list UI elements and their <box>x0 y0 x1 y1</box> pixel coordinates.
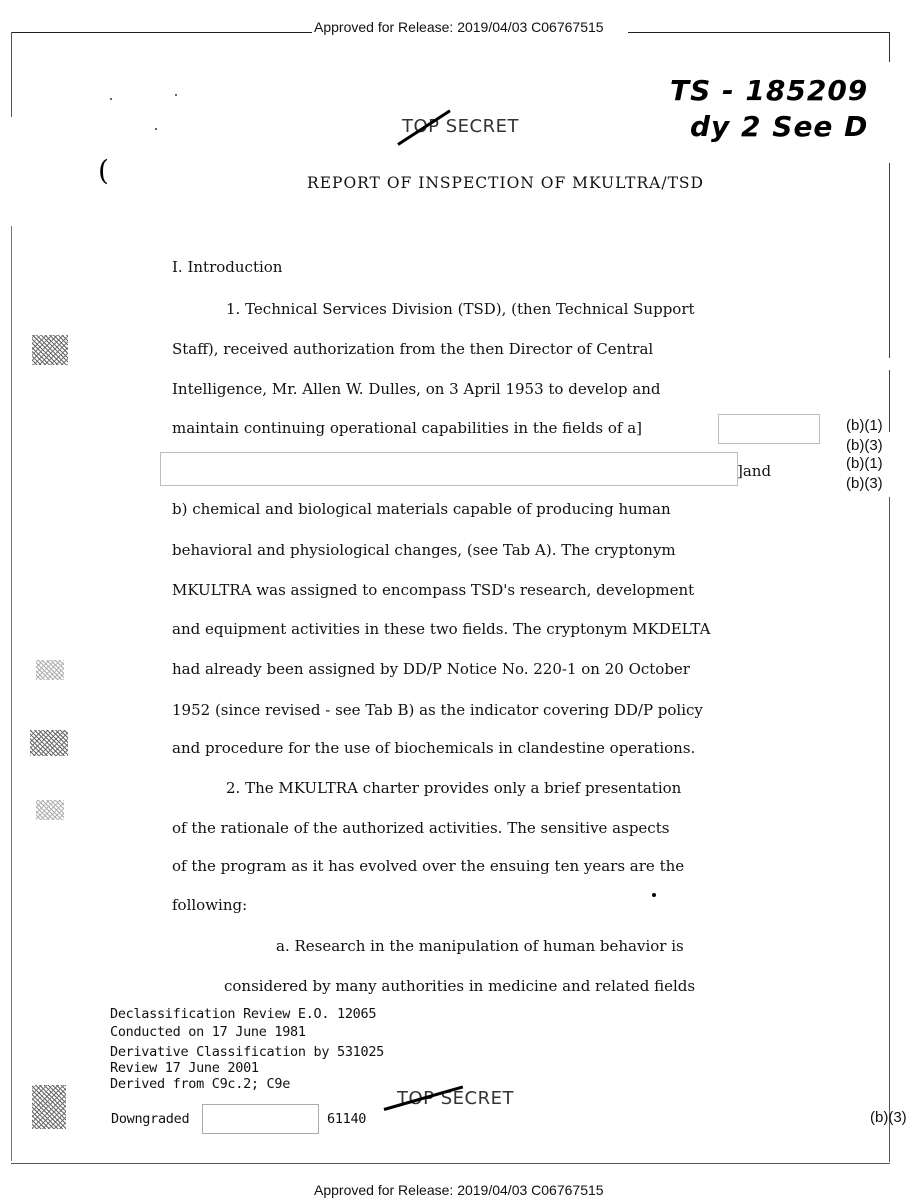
scan-artifact <box>30 730 68 756</box>
paragraph-line: Staff), received authorization from the … <box>172 340 653 358</box>
declassification-line: Review 17 June 2001 <box>110 1060 259 1076</box>
scan-speck <box>155 128 157 130</box>
exemption-code: (b)(3) <box>846 475 883 492</box>
paragraph-line: of the program as it has evolved over th… <box>172 857 684 875</box>
exemption-code: (b)(1) <box>846 417 883 434</box>
paragraph-line: Intelligence, Mr. Allen W. Dulles, on 3 … <box>172 380 660 398</box>
document-title-text: REPORT OF INSPECTION OF MKULTRA/TSD <box>217 174 704 192</box>
handwritten-note: dy 2 See D <box>690 110 868 143</box>
redaction-box <box>718 414 820 444</box>
scan-artifact <box>32 335 68 365</box>
classification-marking-top: TOP SECRET <box>402 116 519 137</box>
stamp-rule-right <box>628 32 890 33</box>
page-border-right <box>889 32 890 62</box>
page-border-right-3 <box>889 370 890 432</box>
downgraded-label: Downgraded <box>111 1111 189 1127</box>
page-border-bottom <box>11 1163 890 1164</box>
paragraph-line: 2. The MKULTRA charter provides only a b… <box>226 779 681 797</box>
scan-artifact <box>32 1085 66 1129</box>
declassification-line: Declassification Review E.O. 12065 <box>110 1006 376 1022</box>
paragraph-line: b) chemical and biological materials cap… <box>172 500 671 518</box>
paragraph-line: 1952 (since revised - see Tab B) as the … <box>172 701 703 719</box>
redaction-box <box>160 452 738 486</box>
paragraph-line-fragment: ]and <box>737 462 771 480</box>
paragraph-line: had already been assigned by DD/P Notice… <box>172 660 690 678</box>
scan-artifact <box>36 660 64 680</box>
paragraph-line: and procedure for the use of biochemical… <box>172 739 695 757</box>
paragraph-line: maintain continuing operational capabili… <box>172 419 642 437</box>
paragraph-line: behavioral and physiological changes, (s… <box>172 541 676 559</box>
declassification-line: Derivative Classification by 531025 <box>110 1044 384 1060</box>
document-title: REPORT OF INSPECTION OF MKULTRA/TSD <box>0 174 921 192</box>
page-border-left-lower <box>11 226 12 1161</box>
release-stamp-top: Approved for Release: 2019/04/03 C067675… <box>314 19 604 35</box>
paragraph-line: MKULTRA was assigned to encompass TSD's … <box>172 581 694 599</box>
declassification-line: Derived from C9c.2; C9e <box>110 1076 290 1092</box>
page-border-right-2 <box>889 163 890 358</box>
paragraph-line: 1. Technical Services Division (TSD), (t… <box>226 300 695 318</box>
scan-artifact <box>36 800 64 820</box>
paragraph-line: of the rationale of the authorized activ… <box>172 819 669 837</box>
redaction-box-downgraded <box>202 1104 319 1134</box>
page-border-left <box>11 32 12 117</box>
exemption-code: (b)(3) <box>846 437 883 454</box>
stamp-rule-left <box>12 32 312 33</box>
downgraded-code: 61140 <box>327 1111 366 1127</box>
paragraph-line: following: <box>172 896 247 914</box>
paragraph-line: and equipment activities in these two fi… <box>172 620 710 638</box>
paragraph-line: considered by many authorities in medici… <box>224 977 695 995</box>
scan-speck <box>175 94 177 96</box>
section-heading: I. Introduction <box>172 258 282 276</box>
release-stamp-bottom: Approved for Release: 2019/04/03 C067675… <box>314 1182 604 1198</box>
page-border-right-4 <box>889 497 890 1162</box>
declassification-line: Conducted on 17 June 1981 <box>110 1024 306 1040</box>
exemption-code: (b)(1) <box>846 455 883 472</box>
scan-speck <box>652 893 656 897</box>
handwritten-control-number: TS - 185209 <box>670 74 868 107</box>
paragraph-line: a. Research in the manipulation of human… <box>276 937 684 955</box>
exemption-code-footer: (b)(3) <box>870 1109 907 1126</box>
scan-speck <box>110 98 112 100</box>
